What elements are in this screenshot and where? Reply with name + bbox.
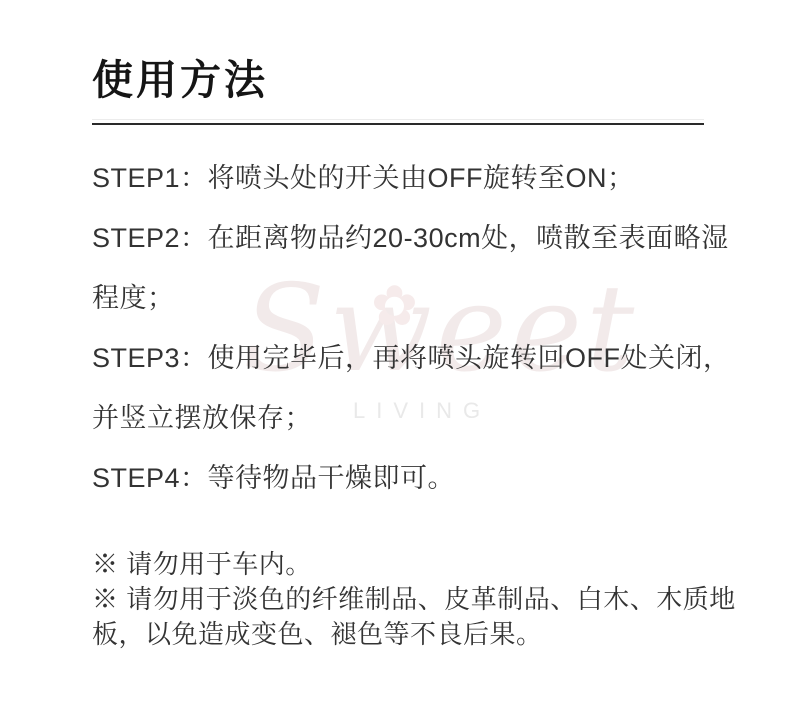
note-line-material-warning-continuation: 板，以免造成变色、褪色等不良后果。 xyxy=(92,617,742,652)
step3-line: STEP3：使用完毕后，再将喷头旋转回OFF处关闭， xyxy=(92,325,742,385)
step4-line: STEP4：等待物品干燥即可。 xyxy=(92,445,742,505)
note-line-material-warning: ※ 请勿用于淡色的纤维制品、皮革制品、白木、木质地 xyxy=(92,582,742,617)
step3-line-continuation: 并竖立摆放保存； xyxy=(92,385,742,445)
step1-line: STEP1：将喷头处的开关由OFF旋转至ON； xyxy=(92,145,742,205)
usage-instructions-panel: 使用方法 STEP1：将喷头处的开关由OFF旋转至ON； STEP2：在距离物品… xyxy=(0,0,790,720)
title-divider xyxy=(92,119,704,125)
step2-line: STEP2：在距离物品约20-30cm处，喷散至表面略湿 xyxy=(92,205,742,265)
page-title: 使用方法 xyxy=(92,56,742,104)
notes-section: ※ 请勿用于车内。 ※ 请勿用于淡色的纤维制品、皮革制品、白木、木质地 板，以免… xyxy=(92,547,742,652)
step2-line-continuation: 程度； xyxy=(92,265,742,325)
steps-section: STEP1：将喷头处的开关由OFF旋转至ON； STEP2：在距离物品约20-3… xyxy=(92,145,742,505)
note-line-car-warning: ※ 请勿用于车内。 xyxy=(92,547,742,582)
